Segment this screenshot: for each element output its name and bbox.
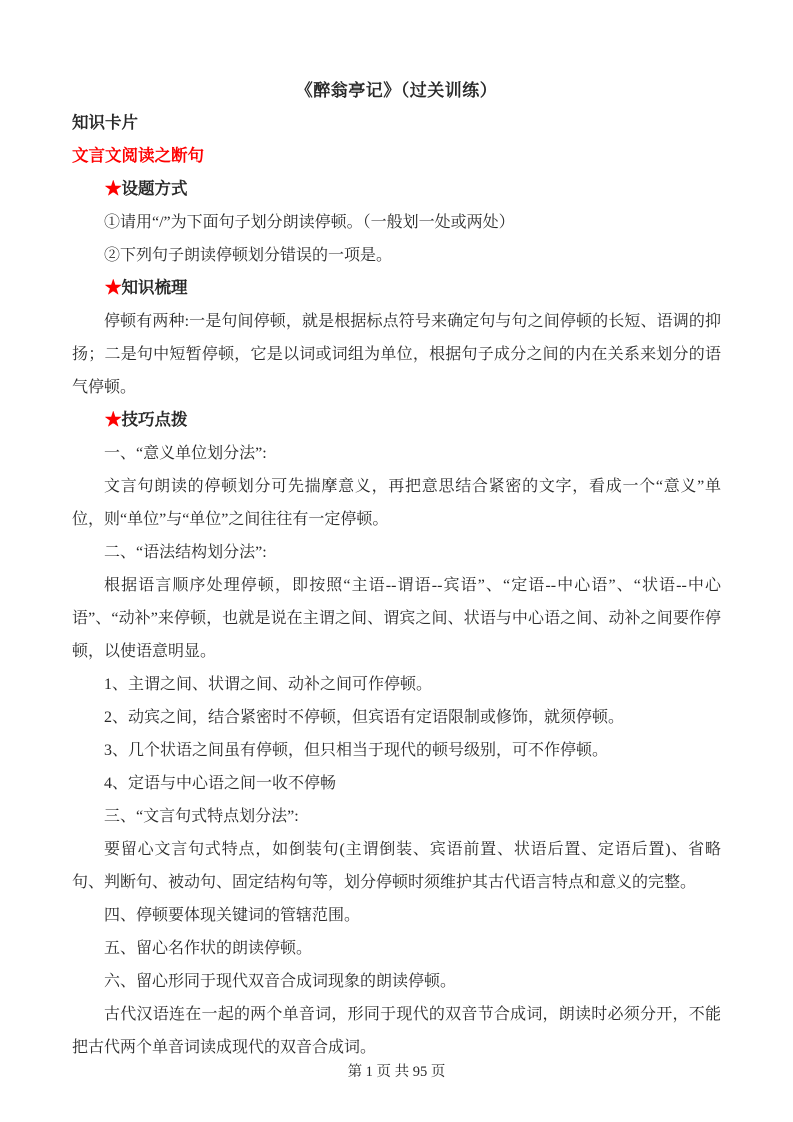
star-section-heading-label: 知识梳理 <box>122 279 188 297</box>
paragraph: 古代汉语连在一起的两个单音词，形同于现代的双音节合成词，朗读时必须分开，不能把古… <box>72 998 721 1064</box>
paragraph: ①请用“/”为下面句子划分朗读停顿。（一般划一处或两处） <box>72 206 721 239</box>
paragraph: 4、定语与中心语之间一收不停畅 <box>72 767 721 800</box>
star-section-heading: ★技巧点拨 <box>72 404 721 437</box>
paragraph: 四、停顿要体现关键词的管辖范围。 <box>72 899 721 932</box>
paragraph: 停顿有两种:一是句间停顿，就是根据标点符号来确定句与句之间停顿的长短、语调的抑扬… <box>72 305 721 404</box>
page-footer: 第 1 页 共 95 页 <box>0 1060 793 1081</box>
paragraph: 二、“语法结构划分法”: <box>72 536 721 569</box>
paragraph: ②下列句子朗读停顿划分错误的一项是。 <box>72 239 721 272</box>
star-icon: ★ <box>105 279 122 297</box>
paragraph: 文言句朗读的停顿划分可先揣摩意义，再把意思结合紧密的文字，看成一个“意义”单位，… <box>72 470 721 536</box>
document-body: 知识卡片文言文阅读之断句★设题方式①请用“/”为下面句子划分朗读停顿。（一般划一… <box>72 107 721 1064</box>
document-title: 《醉翁亭记》（过关训练） <box>72 74 721 107</box>
footer-page-indicator: 第 1 页 共 95 页 <box>348 1064 446 1080</box>
paragraph: 3、几个状语之间虽有停顿，但只相当于现代的顿号级别，可不作停顿。 <box>72 734 721 767</box>
paragraph: 三、“文言句式特点划分法”: <box>72 800 721 833</box>
star-icon: ★ <box>105 180 122 198</box>
star-section-heading: ★知识梳理 <box>72 272 721 305</box>
paragraph: 要留心文言句式特点，如倒装句(主谓倒装、宾语前置、状语后置、定语后置)、省略句、… <box>72 833 721 899</box>
star-section-heading-label: 技巧点拨 <box>122 411 188 429</box>
paragraph: 五、留心名作状的朗读停顿。 <box>72 932 721 965</box>
document-page: 《醉翁亭记》（过关训练） 知识卡片文言文阅读之断句★设题方式①请用“/”为下面句… <box>0 0 793 1122</box>
star-section-heading-label: 设题方式 <box>122 180 188 198</box>
paragraph: 2、动宾之间，结合紧密时不停顿，但宾语有定语限制或修饰，就须停顿。 <box>72 701 721 734</box>
paragraph: 根据语言顺序处理停顿，即按照“主语--谓语--宾语”、“定语--中心语”、“状语… <box>72 569 721 668</box>
paragraph: 1、主谓之间、状谓之间、动补之间可作停顿。 <box>72 668 721 701</box>
star-section-heading: ★设题方式 <box>72 173 721 206</box>
paragraph: 六、留心形同于现代双音合成词现象的朗读停顿。 <box>72 965 721 998</box>
star-icon: ★ <box>105 411 122 429</box>
red-section-heading: 文言文阅读之断句 <box>72 140 721 173</box>
paragraph: 一、“意义单位划分法”: <box>72 437 721 470</box>
section-heading: 知识卡片 <box>72 107 721 140</box>
